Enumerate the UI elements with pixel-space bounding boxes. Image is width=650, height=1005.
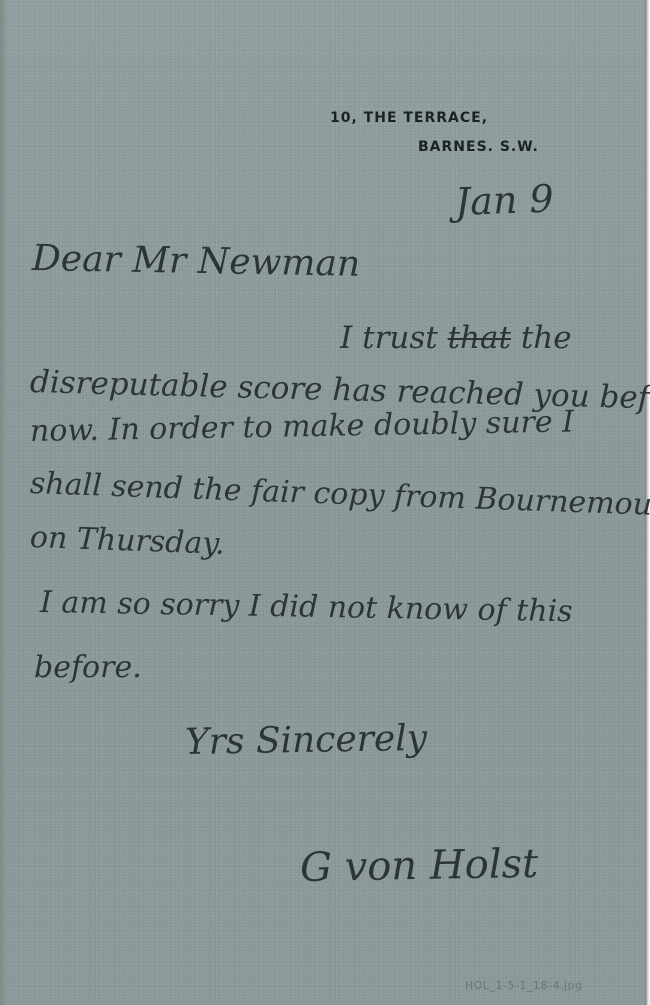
scan-filename-watermark: HOL_1-5-1_18-4.jpg <box>465 979 582 992</box>
word <box>438 320 448 356</box>
word: the <box>521 320 572 356</box>
letterhead-address-line1: 10, THE TERRACE, <box>330 110 488 126</box>
letter-date: Jan 9 <box>454 177 554 224</box>
body-line-4: shall send the fair copy from Bournemout… <box>29 466 650 524</box>
signature: G von Holst <box>300 841 539 891</box>
word: trust <box>362 320 438 356</box>
word <box>352 320 362 356</box>
closing: Yrs Sincerely <box>185 718 428 763</box>
letterhead-address-line2: BARNES. S.W. <box>418 139 539 155</box>
body-line-1: I trust that the <box>340 320 572 356</box>
word: I <box>340 320 352 356</box>
body-line-6: I am so sorry I did not know of this <box>40 585 573 629</box>
struck-word: that <box>448 320 511 356</box>
paper-left-edge <box>0 0 6 1005</box>
letter-page: 10, THE TERRACE, BARNES. S.W. Jan 9 Dear… <box>0 0 650 1005</box>
body-line-1-text: I trust that the <box>340 320 572 356</box>
body-line-3: now. In order to make doubly sure I <box>30 405 575 449</box>
body-line-5: on Thursday. <box>29 520 225 562</box>
body-line-7: before. <box>34 650 142 685</box>
salutation: Dear Mr Newman <box>32 238 361 285</box>
word <box>511 320 521 356</box>
